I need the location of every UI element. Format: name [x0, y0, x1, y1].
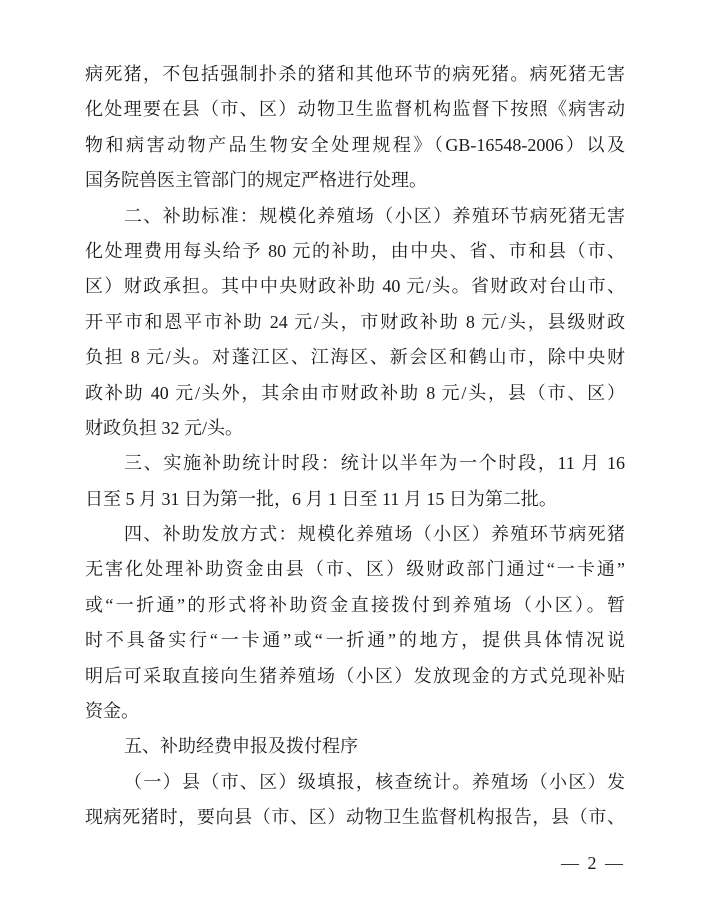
text-line: 明后可采取直接向生猪养殖场（小区）发放现金的方式兑现补贴: [85, 659, 625, 694]
text-line: 或“一折通”的形式将补助资金直接拨付到养殖场（小区）。暂: [85, 588, 625, 623]
text-line: 区）财政承担。其中中央财政补助 40 元/头。省财政对台山市、: [85, 269, 625, 304]
document-page: 病死猪，不包括强制扑杀的猪和其他环节的病死猪。病死猪无害 化处理要在县（市、区）…: [0, 0, 708, 901]
text-line: 财政负担 32 元/头。: [85, 411, 625, 446]
text-line: 化处理费用每头给予 80 元的补助，由中央、省、市和县（市、: [85, 234, 625, 269]
page-number: — 2 —: [561, 849, 625, 877]
text-line: 负担 8 元/头。对蓬江区、江海区、新会区和鹤山市，除中央财: [85, 340, 625, 375]
text-line: 五、补助经费申报及拨付程序: [85, 729, 625, 764]
text-line: 物和病害动物产品生物安全处理规程》（GB-16548-2006）以及: [85, 128, 625, 163]
text-line: 国务院兽医主管部门的规定严格进行处理。: [85, 163, 625, 198]
text-line: 日至 5 月 31 日为第一批，6 月 1 日至 11 月 15 日为第二批。: [85, 482, 625, 517]
text-line: （一）县（市、区）级填报，核查统计。养殖场（小区）发: [85, 765, 625, 800]
text-line: 政补助 40 元/头外，其余由市财政补助 8 元/头，县（市、区）: [85, 376, 625, 411]
text-line: 现病死猪时，要向县（市、区）动物卫生监督机构报告，县（市、: [85, 800, 625, 835]
text-line: 时不具备实行“一卡通”或“一折通”的地方，提供具体情况说: [85, 623, 625, 658]
document-body: 病死猪，不包括强制扑杀的猪和其他环节的病死猪。病死猪无害 化处理要在县（市、区）…: [85, 57, 625, 836]
text-line: 三、实施补助统计时段：统计以半年为一个时段，11 月 16: [85, 446, 625, 481]
text-line: 化处理要在县（市、区）动物卫生监督机构监督下按照《病害动: [85, 92, 625, 127]
text-line: 资金。: [85, 694, 625, 729]
text-line: 四、补助发放方式：规模化养殖场（小区）养殖环节病死猪: [85, 517, 625, 552]
text-line: 病死猪，不包括强制扑杀的猪和其他环节的病死猪。病死猪无害: [85, 57, 625, 92]
text-line: 开平市和恩平市补助 24 元/头，市财政补助 8 元/头，县级财政: [85, 305, 625, 340]
text-line: 二、补助标准：规模化养殖场（小区）养殖环节病死猪无害: [85, 199, 625, 234]
text-line: 无害化处理补助资金由县（市、区）级财政部门通过“一卡通”: [85, 552, 625, 587]
